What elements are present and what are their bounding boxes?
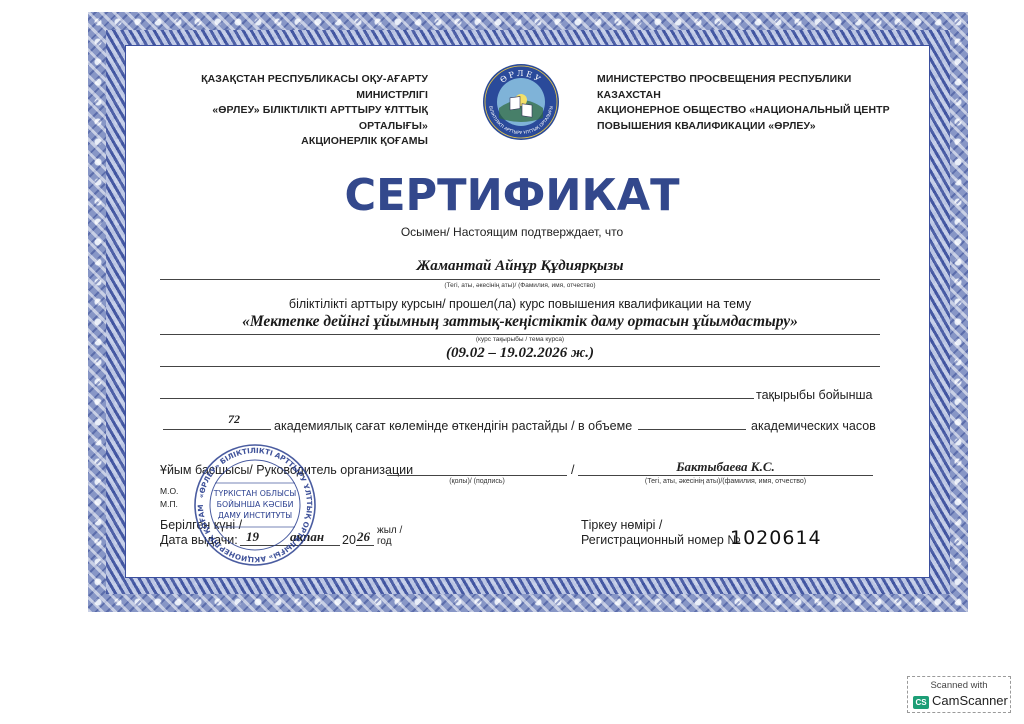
signer-name: Бактыбаева К.С. <box>578 459 873 475</box>
recipient-hint: (Тегі, аты, әкесінің аты)/ (Фамилия, имя… <box>160 282 880 289</box>
registration-label-ru: Регистрационный номер № <box>581 533 741 547</box>
signature-underline <box>387 475 567 476</box>
seal-label-kz: М.О. <box>160 486 178 496</box>
registration-label-kz: Тіркеу нөмірі / <box>581 518 662 532</box>
orleu-emblem-icon: ӨРЛЕУ БІЛІКТІЛІКТІ АРТТЫРУ ҰЛТТЫҚ ОРТАЛЫ… <box>481 62 561 142</box>
course-title: «Мектепке дейінгі ұйымның заттық-кеңісті… <box>160 313 880 331</box>
year-label-kz: жыл / <box>377 525 402 536</box>
signer-hint: (Тегі, аты, әкесінің аты)/(фамилия, имя,… <box>578 478 873 485</box>
year-label-ru: год <box>377 536 402 547</box>
course-underline <box>160 334 880 335</box>
signer-underline <box>578 475 873 476</box>
registration-number: 1020614 <box>730 527 822 549</box>
recipient-name: Жамантай Айнұр Құдиярқызы <box>160 258 880 275</box>
official-seal-stamp: «ӨРЛЕУ» БІЛІКТІЛІКТІ АРТТЫРУ ҰЛТТЫҚ ОРТА… <box>193 443 317 567</box>
org-ru-line: АКЦИОНЕРНОЕ ОБЩЕСТВО «НАЦИОНАЛЬНЫЙ ЦЕНТР <box>597 103 907 119</box>
svg-text:ДАМУ ИНСТИТУТЫ: ДАМУ ИНСТИТУТЫ <box>218 511 292 520</box>
org-kz-line: АКЦИОНЕРЛІК ҚОҒАМЫ <box>152 134 428 150</box>
org-name-ru: МИНИСТЕРСТВО ПРОСВЕЩЕНИЯ РЕСПУБЛИКИ КАЗА… <box>597 72 907 134</box>
svg-text:БОЙЫНША КӘСІБИ: БОЙЫНША КӘСІБИ <box>217 500 294 509</box>
org-ru-line: ПОВЫШЕНИЯ КВАЛИФИКАЦИИ «ӨРЛЕУ» <box>597 119 907 135</box>
slash-separator: / <box>571 463 574 477</box>
topic-underline <box>160 398 754 399</box>
seal-label-ru: М.П. <box>160 499 178 509</box>
signature-hint: (қолы)/ (подпись) <box>387 478 567 485</box>
course-intro: біліктілікті арттыру курсын/ прошел(ла) … <box>160 297 880 311</box>
hours-value: 72 <box>228 412 240 427</box>
hours-suffix: академических часов <box>751 419 876 433</box>
camscanner-logo-icon: CS <box>913 696 929 709</box>
topic-suffix: тақырыбы бойынша <box>756 388 873 402</box>
issue-year-suffix: 26 <box>357 529 370 545</box>
hours-underline <box>163 429 271 430</box>
course-dates: (09.02 – 19.02.2026 ж.) <box>160 345 880 362</box>
watermark-brand: CamScanner <box>932 693 1008 708</box>
hours-text: академиялық сағат көлемінде өткендігін р… <box>274 419 632 433</box>
issue-year-underline <box>356 545 374 546</box>
svg-text:ТҮРКІСТАН ОБЛЫСЫ: ТҮРКІСТАН ОБЛЫСЫ <box>213 489 297 498</box>
recipient-underline <box>160 279 880 280</box>
org-ru-line: МИНИСТЕРСТВО ПРОСВЕЩЕНИЯ РЕСПУБЛИКИ КАЗА… <box>597 72 907 103</box>
certificate-title: СЕРТИФИКАТ <box>10 170 1014 221</box>
watermark-top-text: Scanned with <box>908 680 1010 691</box>
certificate-subtitle: Осымен/ Настоящим подтверждает, что <box>0 225 1024 239</box>
hours-ru-underline <box>638 429 746 430</box>
dates-underline <box>160 366 880 367</box>
course-hint: (курс тақырыбы / тема курса) <box>160 336 880 343</box>
org-kz-line: ҚАЗАҚСТАН РЕСПУБЛИКАСЫ ОҚУ-АҒАРТУ МИНИСТ… <box>152 72 428 103</box>
camscanner-watermark: Scanned with CS CamScanner <box>907 676 1011 713</box>
issue-year-prefix: 20 <box>342 533 356 547</box>
issue-year-label: жыл / год <box>377 525 402 547</box>
org-name-kz: ҚАЗАҚСТАН РЕСПУБЛИКАСЫ ОҚУ-АҒАРТУ МИНИСТ… <box>152 72 428 150</box>
org-kz-line: «ӨРЛЕУ» БІЛІКТІЛІКТІ АРТТЫРУ ҰЛТТЫҚ ОРТА… <box>152 103 428 134</box>
